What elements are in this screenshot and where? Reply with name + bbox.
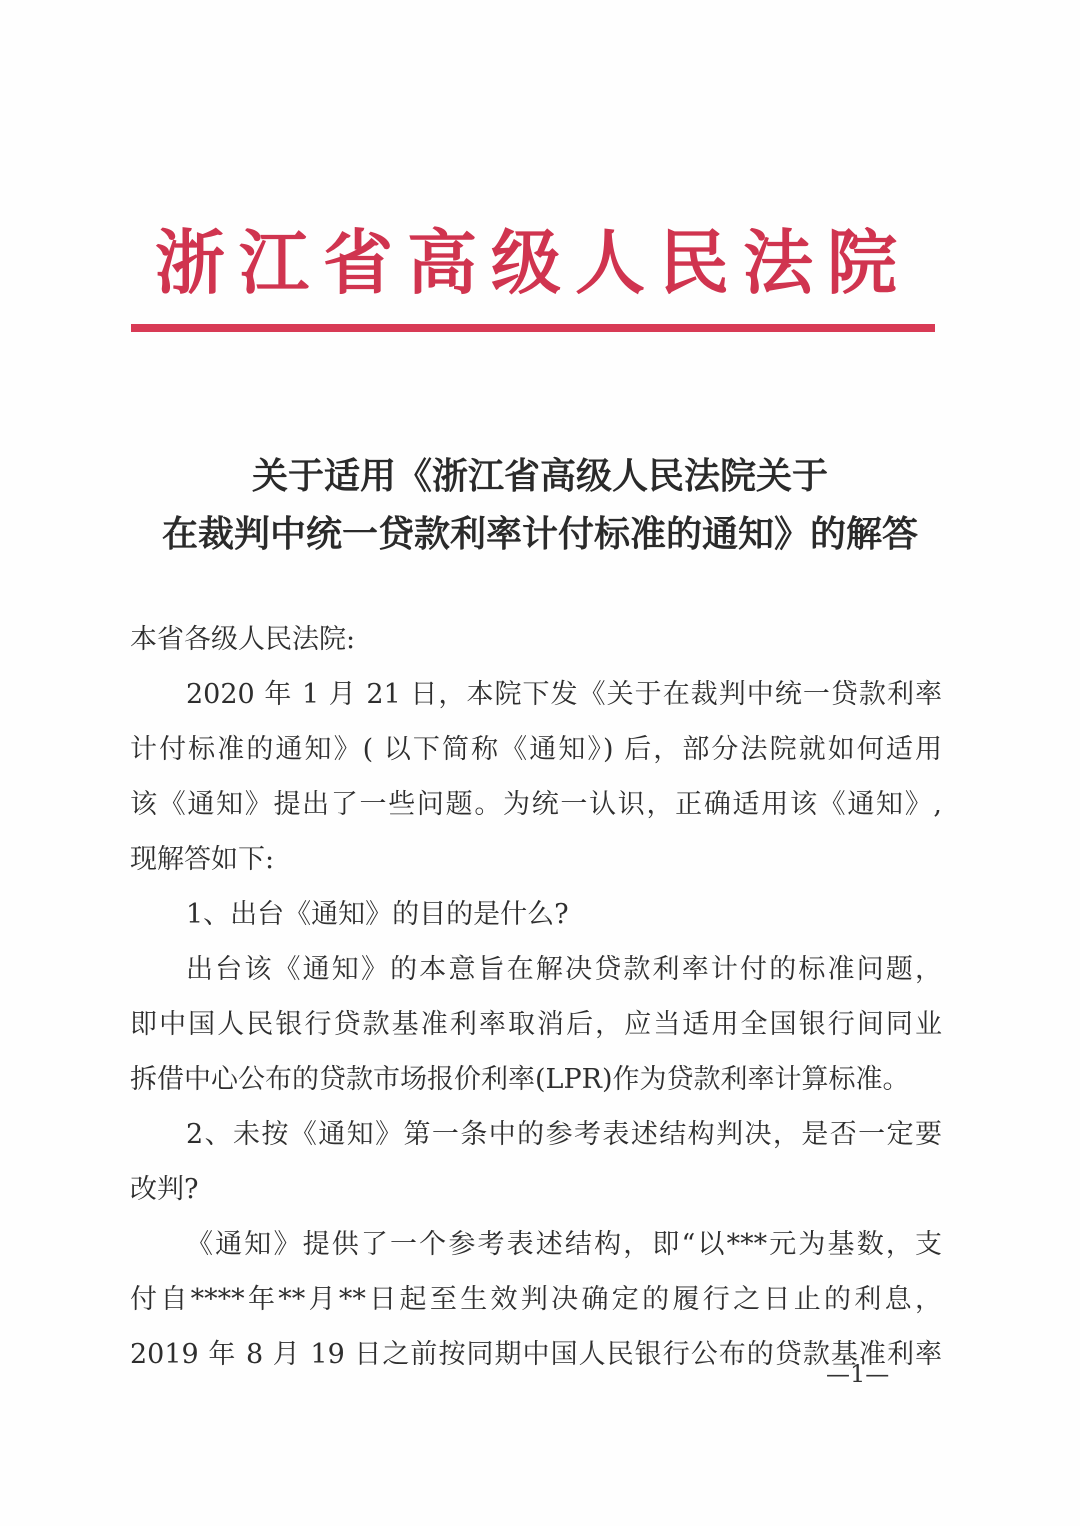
document-body: 本省各级人民法院: 2020 年 1 月 21 日，本院下发《关于在裁判中统一贷… bbox=[130, 612, 942, 1382]
paragraph-line: 改判? bbox=[130, 1162, 942, 1217]
paragraph-line: 拆借中心公布的贷款市场报价利率(LPR)作为贷款利率计算标准。 bbox=[130, 1052, 942, 1107]
paragraph-line: 2020 年 1 月 21 日，本院下发《关于在裁判中统一贷款利率 bbox=[130, 667, 942, 722]
paragraph-line: 2019 年 8 月 19 日之前按同期中国人民银行公布的贷款基准利率 bbox=[130, 1327, 942, 1382]
paragraph-line: 即中国人民银行贷款基准利率取消后，应当适用全国银行间同业 bbox=[130, 997, 942, 1052]
document-title: 关于适用《浙江省高级人民法院关于 在裁判中统一贷款利率计付标准的通知》的解答 bbox=[120, 448, 960, 564]
paragraph-line: 该《通知》提出了一些问题。为统一认识，正确适用该《通知》, bbox=[130, 777, 942, 832]
paragraph-line: 计付标准的通知》( 以下简称《通知》) 后，部分法院就如何适用 bbox=[130, 722, 942, 777]
question-1: 1、出台《通知》的目的是什么? bbox=[130, 887, 942, 942]
salutation: 本省各级人民法院: bbox=[130, 612, 942, 667]
title-line-2: 在裁判中统一贷款利率计付标准的通知》的解答 bbox=[120, 506, 960, 564]
question-2: 2、未按《通知》第一条中的参考表述结构判决，是否一定要 改判? bbox=[130, 1107, 942, 1217]
red-divider-rule bbox=[131, 324, 935, 332]
paragraph-line: 付自****年**月**日起至生效判决确定的履行之日止的利息， bbox=[130, 1272, 942, 1327]
page-number: —1— bbox=[826, 1360, 889, 1388]
document-page: 浙江省高级人民法院 关于适用《浙江省高级人民法院关于 在裁判中统一贷款利率计付标… bbox=[0, 0, 1080, 1526]
intro-paragraph: 2020 年 1 月 21 日，本院下发《关于在裁判中统一贷款利率 计付标准的通… bbox=[130, 667, 942, 887]
answer-2-paragraph: 《通知》提供了一个参考表述结构，即“以***元为基数，支 付自****年**月*… bbox=[130, 1217, 942, 1382]
paragraph-line: 2、未按《通知》第一条中的参考表述结构判决，是否一定要 bbox=[130, 1107, 942, 1162]
answer-1-paragraph: 出台该《通知》的本意旨在解决贷款利率计付的标准问题， 即中国人民银行贷款基准利率… bbox=[130, 942, 942, 1107]
issuer-masthead: 浙江省高级人民法院 bbox=[130, 218, 936, 308]
paragraph-line: 《通知》提供了一个参考表述结构，即“以***元为基数，支 bbox=[130, 1217, 942, 1272]
title-line-1: 关于适用《浙江省高级人民法院关于 bbox=[120, 448, 960, 506]
paragraph-line: 出台该《通知》的本意旨在解决贷款利率计付的标准问题， bbox=[130, 942, 942, 997]
paragraph-line: 现解答如下: bbox=[130, 832, 942, 887]
